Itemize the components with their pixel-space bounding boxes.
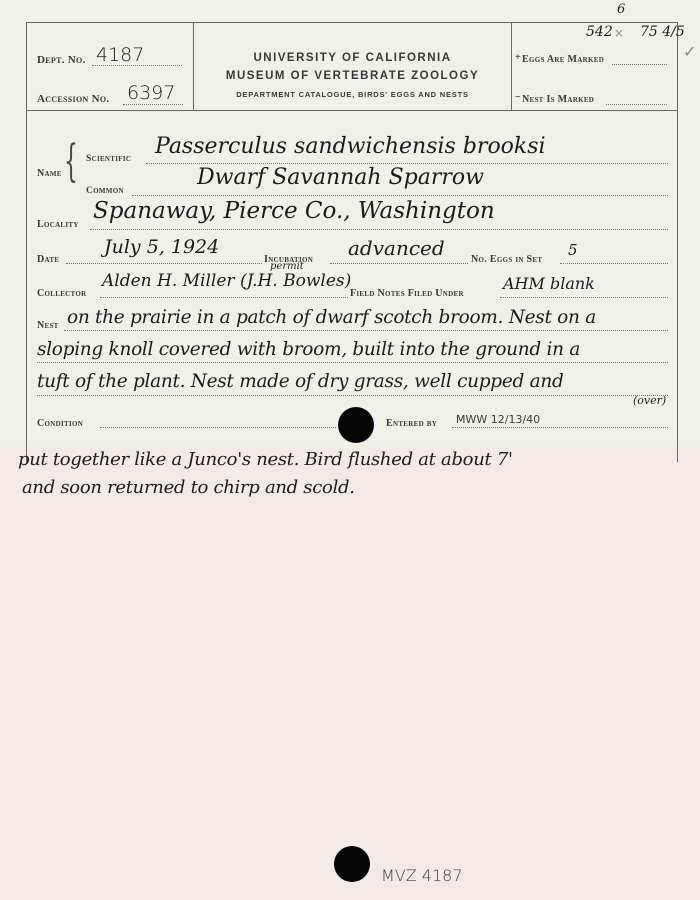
- card-continuation-section: [0, 447, 700, 900]
- name-label: Name: [37, 168, 62, 179]
- catalogue-name: DEPARTMENT CATALOGUE, BIRDS' EGGS AND NE…: [194, 90, 511, 99]
- scientific-label: Scientific: [86, 154, 131, 164]
- common-label: Common: [86, 186, 124, 196]
- accession-no-value: 6397: [127, 82, 175, 104]
- incubation-line: [330, 263, 468, 264]
- punch-hole-bottom: [334, 846, 370, 882]
- locality-line: [90, 229, 668, 230]
- date-value: July 5, 1924: [104, 236, 219, 258]
- locality-value: Spanaway, Pierce Co., Washington: [93, 198, 495, 224]
- scientific-name-value: Passerculus sandwichensis brooksi: [155, 134, 546, 159]
- field-notes-value: AHM blank: [503, 274, 595, 293]
- collector-permit-note: permit: [270, 261, 304, 272]
- collector-label: Collector: [37, 288, 86, 299]
- institution-name: UNIVERSITY OF CALIFORNIA: [194, 52, 511, 64]
- date-line: [66, 263, 262, 264]
- nest-text-line-1: on the prairie in a patch of dwarf scotc…: [67, 307, 596, 328]
- punch-hole-top: [338, 407, 374, 443]
- institution-title: UNIVERSITY OF CALIFORNIA MUSEUM OF VERTE…: [194, 22, 511, 111]
- entered-by-value: MWW 12/13/40: [456, 413, 540, 426]
- nest-line-3: [37, 395, 668, 396]
- nest-marked-line: [606, 104, 667, 105]
- common-name-value: Dwarf Savannah Sparrow: [197, 165, 484, 190]
- eggs-in-set-value: 5: [568, 241, 578, 259]
- field-notes-line: [500, 297, 668, 298]
- common-line: [132, 195, 668, 196]
- annotation-fraction: 75 4/5: [640, 24, 685, 40]
- annotation-number: 542: [586, 24, 613, 40]
- entered-by-label: Entered by: [386, 418, 437, 429]
- date-label: Date: [37, 254, 59, 265]
- field-notes-label: Field Notes Filed Under: [350, 288, 464, 299]
- accession-no-line: [123, 104, 183, 105]
- over-note: (over): [633, 394, 666, 407]
- museum-name: MUSEUM OF VERTEBRATE ZOOLOGY: [194, 70, 511, 82]
- eggs-in-set-label: No. Eggs in Set: [471, 254, 542, 265]
- locality-label: Locality: [37, 219, 79, 230]
- catalog-stamp: MVZ 4187: [381, 866, 463, 885]
- continuation-line-2: and soon returned to chirp and scold.: [22, 477, 355, 498]
- scientific-line: [146, 163, 668, 164]
- annotation-x: ×: [614, 26, 624, 40]
- entered-by-line: [452, 427, 668, 428]
- nest-text-line-3: tuft of the plant. Nest made of dry gras…: [37, 371, 564, 392]
- condition-label: Condition: [37, 418, 83, 429]
- collector-line: [100, 297, 348, 298]
- condition-line: [100, 427, 336, 428]
- nest-text-line-2: sloping knoll covered with broom, built …: [37, 339, 580, 360]
- annotation-top: 6: [617, 2, 625, 17]
- brace-icon: {: [64, 140, 78, 184]
- dept-no-value: 4187: [96, 44, 144, 66]
- eggs-marked-prefix: +: [515, 52, 521, 63]
- collector-value: Alden H. Miller (J.H. Bowles): [102, 271, 351, 291]
- nest-label: Nest: [37, 320, 59, 331]
- eggs-in-set-line: [560, 263, 668, 264]
- incubation-value: advanced: [348, 236, 445, 260]
- nest-marked-label: Nest Is Marked: [522, 94, 594, 105]
- accession-no-label: Accession No.: [37, 93, 109, 105]
- eggs-marked-label: Eggs Are Marked: [522, 54, 604, 65]
- check-mark-icon: ✓: [683, 42, 696, 61]
- dept-no-label: Dept. No.: [37, 54, 86, 66]
- eggs-marked-line: [612, 64, 667, 65]
- nest-line-1: [64, 330, 668, 331]
- nest-line-2: [37, 362, 668, 363]
- nest-marked-prefix: −: [515, 92, 521, 103]
- continuation-line-1: put together like a Junco's nest. Bird f…: [18, 449, 513, 470]
